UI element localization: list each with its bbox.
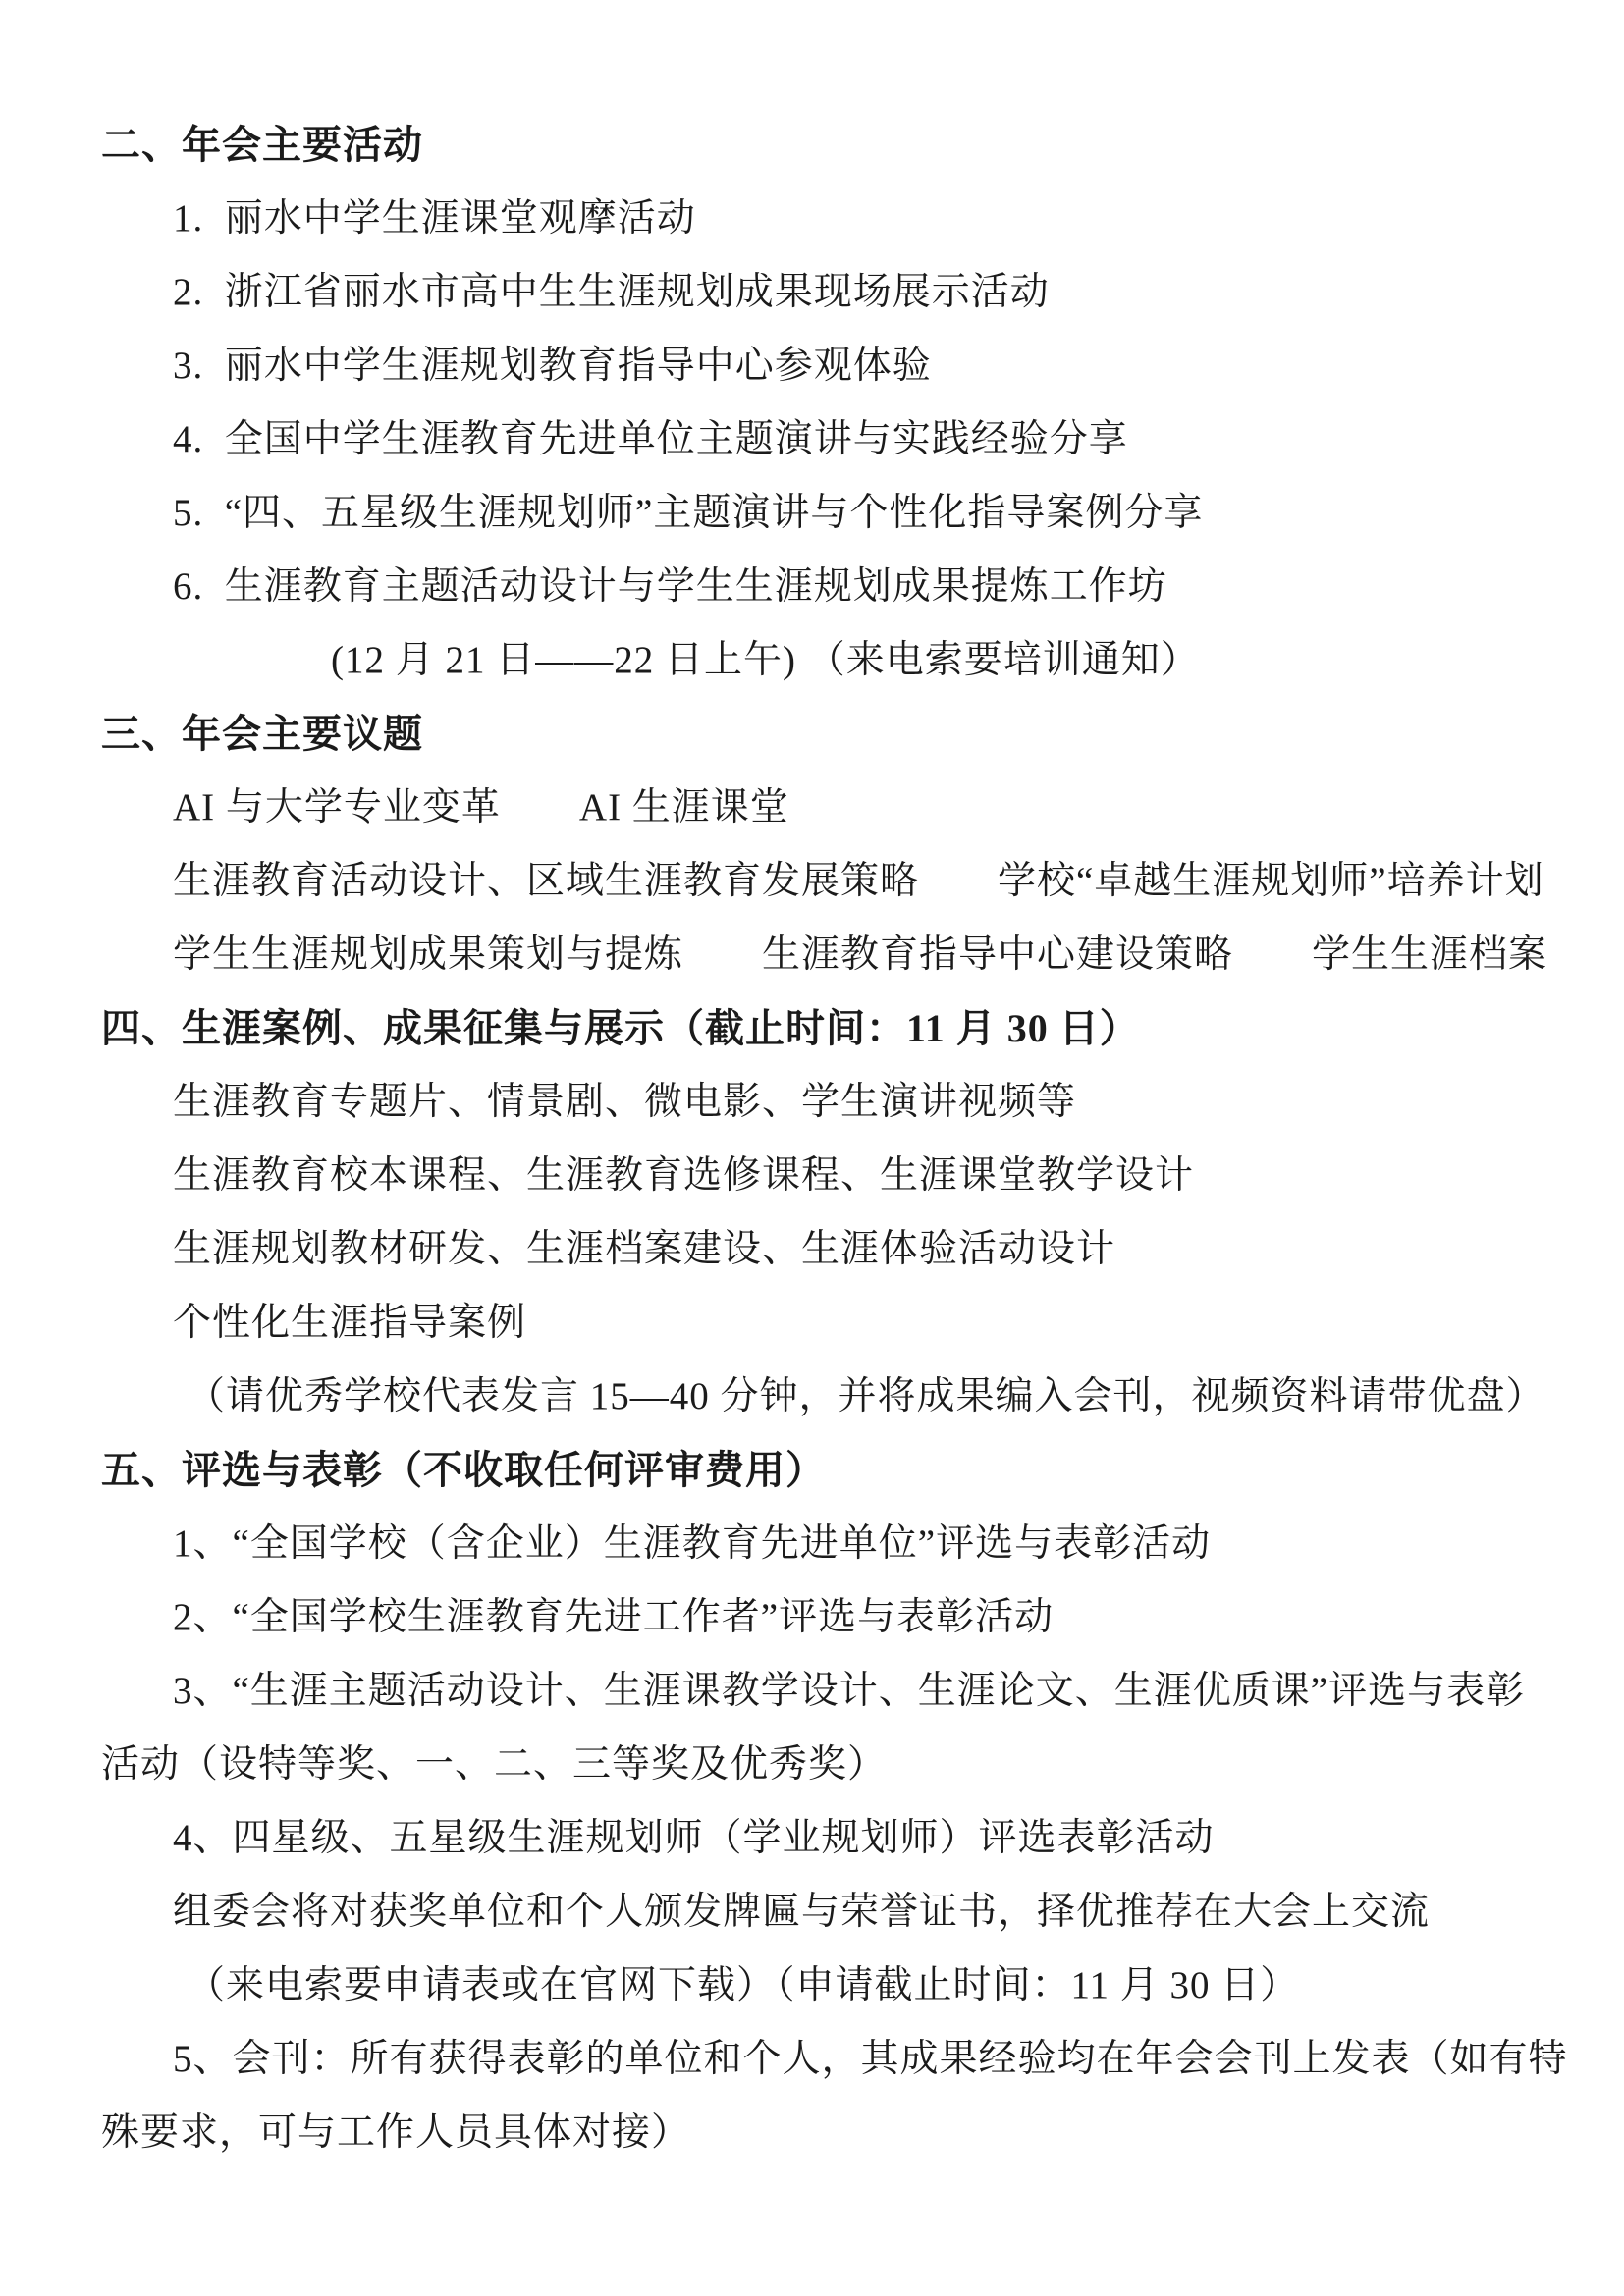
activity-date-note: (12 月 21 日——22 日上午) （来电索要培训通知）: [101, 623, 1526, 697]
section-5-heading: 五、评选与表彰（不收取任何评审费用）: [101, 1433, 1526, 1507]
document-page: 二、年会主要活动 1. 丽水中学生涯课堂观摩活动 2. 浙江省丽水市高中生生涯规…: [0, 0, 1624, 2296]
activity-item-6: 6. 生涯教育主题活动设计与学生生涯规划成果提炼工作坊: [101, 550, 1526, 623]
topic-line-3: 学生生涯规划成果策划与提炼 生涯教育指导中心建设策略 学生生涯档案: [101, 918, 1526, 991]
section-2-heading: 二、年会主要活动: [101, 108, 1526, 182]
award-item-5-line-2: 殊要求，可与工作人员具体对接）: [101, 2096, 1526, 2169]
topic-line-1: AI 与大学专业变革 AI 生涯课堂: [101, 771, 1526, 844]
award-item-3-line-2: 活动（设特等奖、一、二、三等奖及优秀奖）: [101, 1728, 1526, 1801]
collection-item-1: 生涯教育专题片、情景剧、微电影、学生演讲视频等: [101, 1065, 1526, 1139]
section-3-heading: 三、年会主要议题: [101, 697, 1526, 771]
award-apply-note: （来电索要申请表或在官网下载）（申请截止时间：11 月 30 日）: [101, 1949, 1526, 2022]
activity-item-1: 1. 丽水中学生涯课堂观摩活动: [101, 182, 1526, 255]
activity-item-4: 4. 全国中学生涯教育先进单位主题演讲与实践经验分享: [101, 402, 1526, 476]
activity-item-5: 5. “四、五星级生涯规划师”主题演讲与个性化指导案例分享: [101, 476, 1526, 550]
collection-note: （请优秀学校代表发言 15—40 分钟，并将成果编入会刊，视频资料请带优盘）: [101, 1360, 1526, 1433]
award-item-2: 2、“全国学校生涯教育先进工作者”评选与表彰活动: [101, 1580, 1526, 1654]
award-certificate-note: 组委会将对获奖单位和个人颁发牌匾与荣誉证书，择优推荐在大会上交流: [101, 1875, 1526, 1949]
award-item-3-line-1: 3、“生涯主题活动设计、生涯课教学设计、生涯论文、生涯优质课”评选与表彰: [101, 1654, 1526, 1728]
activity-item-2: 2. 浙江省丽水市高中生生涯规划成果现场展示活动: [101, 255, 1526, 329]
collection-item-2: 生涯教育校本课程、生涯教育选修课程、生涯课堂教学设计: [101, 1139, 1526, 1212]
collection-item-3: 生涯规划教材研发、生涯档案建设、生涯体验活动设计: [101, 1212, 1526, 1286]
award-item-5-line-1: 5、会刊：所有获得表彰的单位和个人，其成果经验均在年会会刊上发表（如有特: [101, 2022, 1526, 2096]
activity-item-3: 3. 丽水中学生涯规划教育指导中心参观体验: [101, 329, 1526, 402]
award-item-1: 1、“全国学校（含企业）生涯教育先进单位”评选与表彰活动: [101, 1507, 1526, 1580]
award-item-4: 4、四星级、五星级生涯规划师（学业规划师）评选表彰活动: [101, 1801, 1526, 1875]
topic-line-2: 生涯教育活动设计、区域生涯教育发展策略 学校“卓越生涯规划师”培养计划: [101, 844, 1526, 918]
collection-item-4: 个性化生涯指导案例: [101, 1286, 1526, 1360]
document-content: 二、年会主要活动 1. 丽水中学生涯课堂观摩活动 2. 浙江省丽水市高中生生涯规…: [101, 108, 1526, 2169]
section-4-heading: 四、生涯案例、成果征集与展示（截止时间：11 月 30 日）: [101, 991, 1526, 1065]
